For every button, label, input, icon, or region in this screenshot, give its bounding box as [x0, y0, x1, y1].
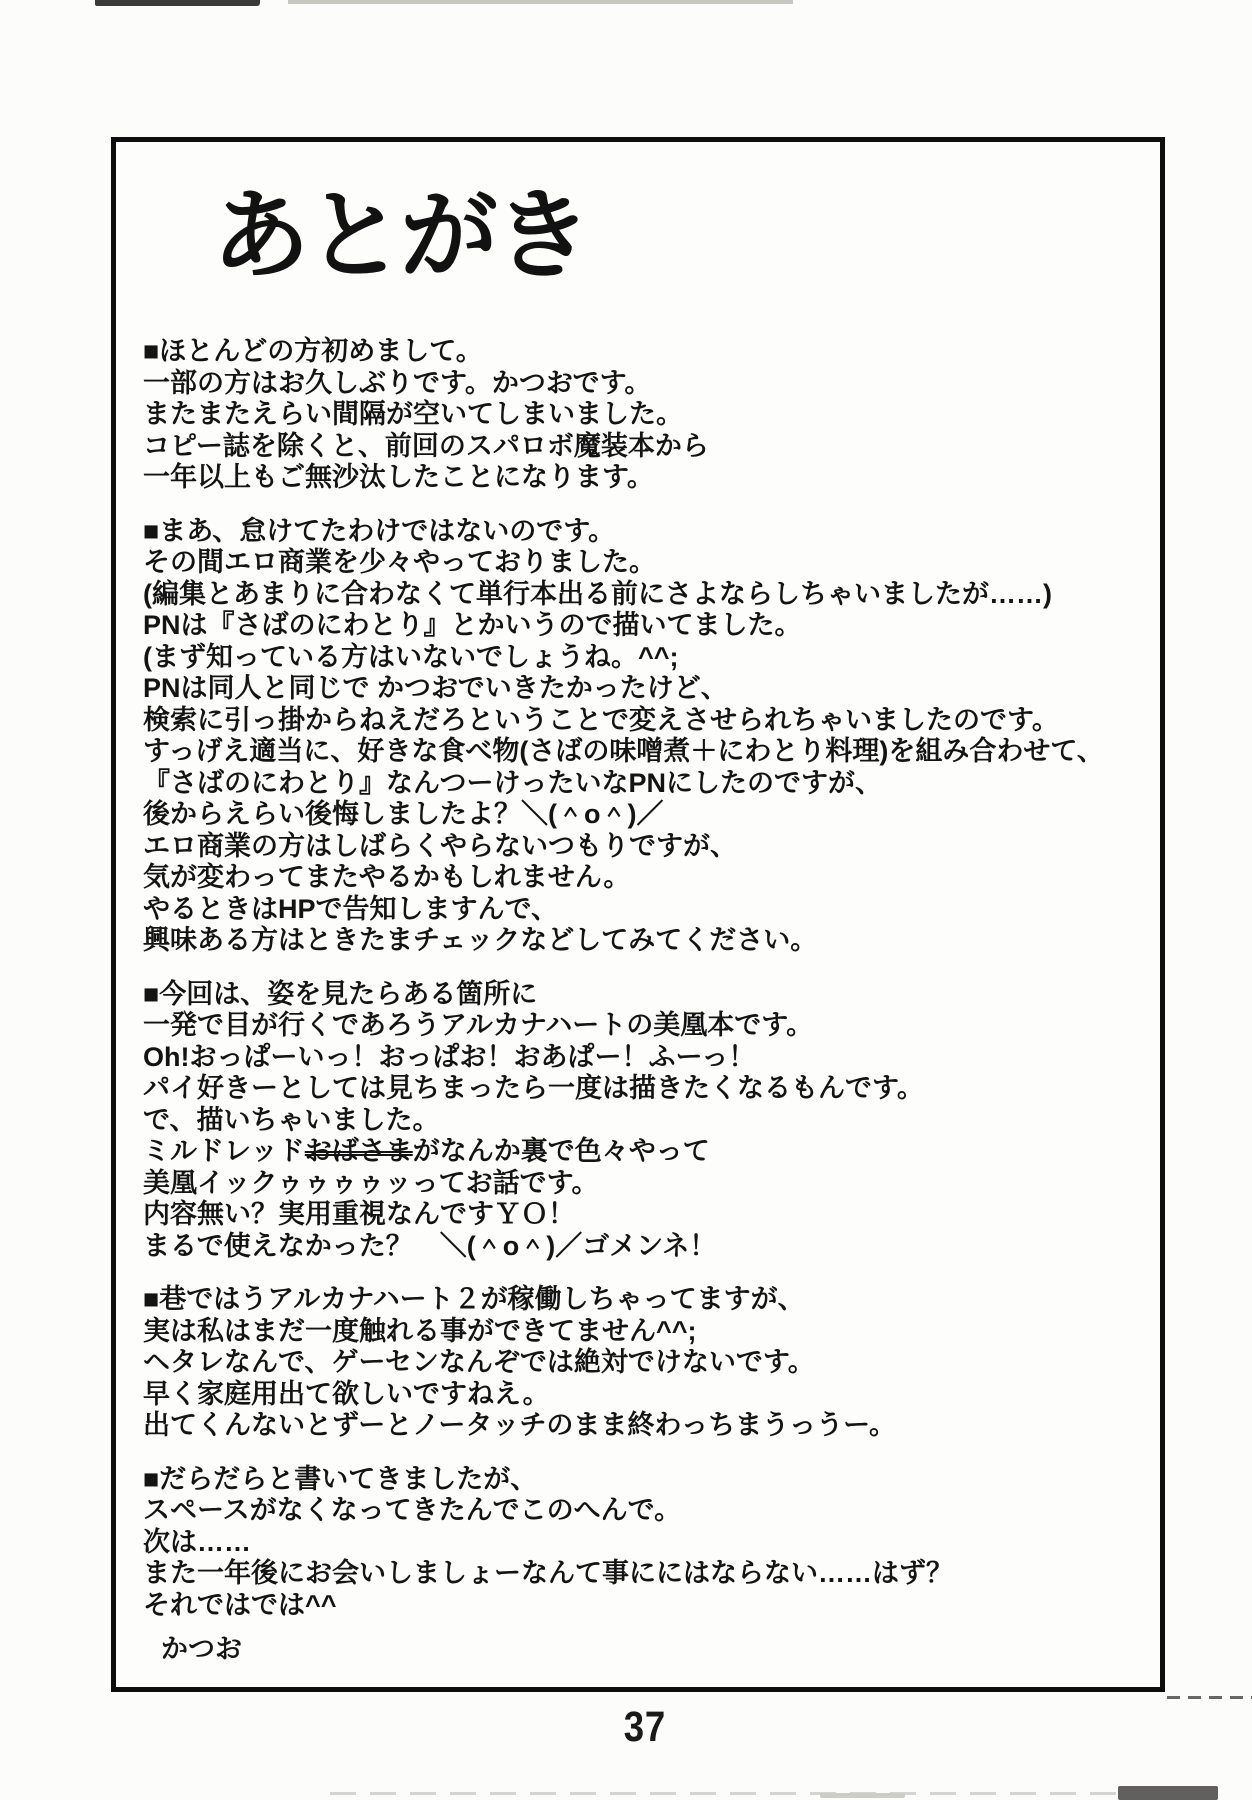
text-line: PNは同人と同じで かつおでいきたかったけど、 — [143, 673, 1160, 705]
text-segment: がなんか裏で色々やって — [413, 1136, 710, 1166]
text-line: ヘタレなんで、ゲーセンなんぞでは絶対でけないです。 — [143, 1347, 1160, 1379]
scan-artifact-bottom-smudge — [820, 1793, 905, 1798]
text-line: 美凰イックゥゥゥゥッってお話です。 — [143, 1168, 1160, 1200]
page-number: 37 — [0, 1703, 1252, 1752]
afterword-text: ■ほとんどの方初めまして。一部の方はお久しぶりです。かつおです。またまたえらい間… — [143, 336, 1160, 1621]
text-line: スペースがなくなってきたんでこのへんで。 — [143, 1495, 1160, 1527]
text-line: (まず知っている方はいないでしょうね。^^; — [143, 642, 1160, 674]
text-line: ■今回は、姿を見たらある箇所に — [143, 979, 1160, 1011]
text-line: 内容無い？実用重視なんですＹＯ！ — [143, 1199, 1160, 1231]
text-line: コピー誌を除くと、前回のスパロボ魔装本から — [143, 431, 1160, 463]
scan-artifact-right-line — [1167, 1696, 1252, 1699]
text-line: 一発で目が行くであろうアルカナハートの美凰本です。 — [143, 1010, 1160, 1042]
text-line: Oh!おっぱーいっ！おっぱお！おあぱー！ふーっ！ — [143, 1042, 1160, 1074]
text-line: 興味ある方はときたまチェックなどしてみてください。 — [143, 925, 1160, 957]
text-line: まるで使えなかった？ ＼(＾o＾)／ゴメンネ！ — [143, 1231, 1160, 1263]
text-line: パイ好きーとしては見ちまったら一度は描きたくなるもんです。 — [143, 1073, 1160, 1105]
text-line: 一年以上もご無沙汰したことになります。 — [143, 462, 1160, 494]
scan-artifact-top-faint — [288, 0, 793, 4]
afterword-frame: あとがき ■ほとんどの方初めまして。一部の方はお久しぶりです。かつおです。またま… — [111, 137, 1165, 1692]
text-line: また一年後にお会いしましょーなんて事ににはならない……はず？ — [143, 1558, 1160, 1590]
text-line: またまたえらい間隔が空いてしまいました。 — [143, 399, 1160, 431]
scan-artifact-top-dark — [95, 0, 260, 6]
text-line: その間エロ商業を少々やっておりました。 — [143, 547, 1160, 579]
text-line: ■ほとんどの方初めまして。 — [143, 336, 1160, 368]
paragraph: ■まあ、怠けてたわけではないのです。その間エロ商業を少々やっておりました。(編集… — [143, 516, 1160, 957]
paragraph: ■ほとんどの方初めまして。一部の方はお久しぶりです。かつおです。またまたえらい間… — [143, 336, 1160, 494]
text-line: ■だらだらと書いてきましたが、 — [143, 1464, 1160, 1496]
text-line: 検索に引っ掛からねえだろということで変えさせられちゃいましたのです。 — [143, 705, 1160, 737]
scan-artifact-bottom-faint — [330, 1792, 1130, 1795]
text-line: 『さばのにわとり』なんつーけったいなPNにしたのですが、 — [143, 768, 1160, 800]
page-number-value: 37 — [624, 1703, 666, 1752]
text-line: すっげえ適当に、好きな食べ物(さばの味噌煮＋にわとり料理)を組み合わせて、 — [143, 736, 1160, 768]
text-line: 気が変わってまたやるかもしれません。 — [143, 862, 1160, 894]
text-line: エロ商業の方はしばらくやらないつもりですが、 — [143, 831, 1160, 863]
text-line: PNは『さばのにわとり』とかいうので描いてました。 — [143, 610, 1160, 642]
author-signature: かつお — [161, 1634, 1160, 1666]
scanned-afterword-page: あとがき ■ほとんどの方初めまして。一部の方はお久しぶりです。かつおです。またま… — [0, 0, 1252, 1800]
text-line: で、描いちゃいました。 — [143, 1105, 1160, 1137]
page-title: あとがき — [212, 188, 1160, 286]
text-line: それではでは^^ — [143, 1590, 1160, 1622]
paragraph: ■巷ではうアルカナハート２が稼働しちゃってますが、実は私はまだ一度触れる事ができ… — [143, 1284, 1160, 1442]
text-line: 早く家庭用出て欲しいですねえ。 — [143, 1379, 1160, 1411]
text-segment: ミルドレッド — [143, 1136, 305, 1166]
text-line: やるときはHPで告知しますんで、 — [143, 894, 1160, 926]
text-line: 一部の方はお久しぶりです。かつおです。 — [143, 368, 1160, 400]
scan-artifact-bottom-blob — [1118, 1786, 1218, 1800]
paragraph: ■だらだらと書いてきましたが、スペースがなくなってきたんでこのへんで。次は……ま… — [143, 1464, 1160, 1622]
text-line: 後からえらい後悔しましたよ？＼(＾o＾)／ — [143, 799, 1160, 831]
struck-text: おばさま — [305, 1136, 413, 1166]
text-line: 実は私はまだ一度触れる事ができてません^^; — [143, 1316, 1160, 1348]
text-line: 出てくんないとずーとノータッチのまま終わっちまうっうー。 — [143, 1410, 1160, 1442]
text-line: 次は…… — [143, 1527, 1160, 1559]
text-line: (編集とあまりに合わなくて単行本出る前にさよならしちゃいましたが……) — [143, 579, 1160, 611]
text-line: ミルドレッドおばさまがなんか裏で色々やって — [143, 1136, 1160, 1168]
text-line: ■巷ではうアルカナハート２が稼働しちゃってますが、 — [143, 1284, 1160, 1316]
text-line: ■まあ、怠けてたわけではないのです。 — [143, 516, 1160, 548]
paragraph: ■今回は、姿を見たらある箇所に一発で目が行くであろうアルカナハートの美凰本です。… — [143, 979, 1160, 1263]
